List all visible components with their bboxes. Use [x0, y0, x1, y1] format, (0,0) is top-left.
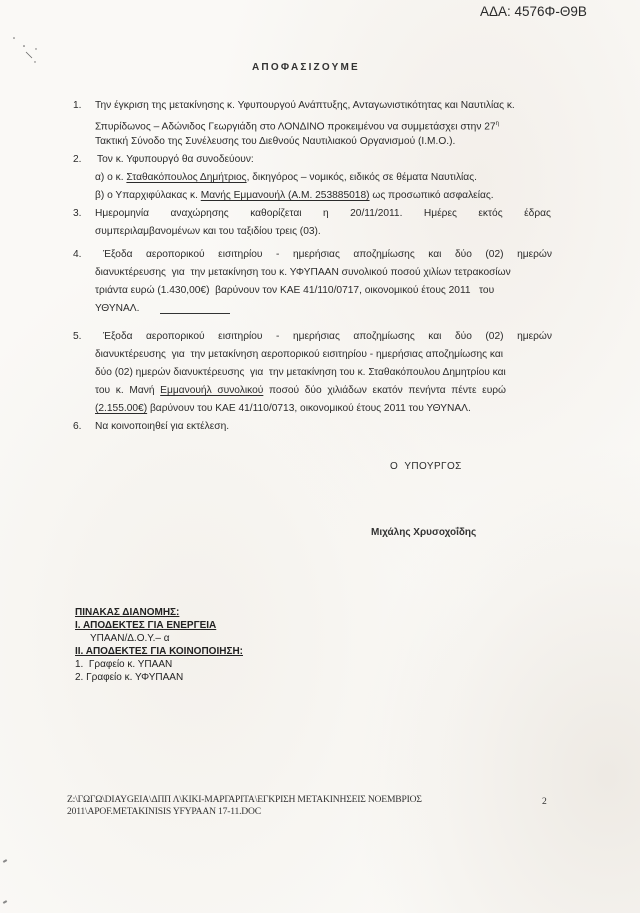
item-1-line-2-text: Σπυρίδωνος – Αδώνιδος Γεωργιάδη στο ΛΟΝΔ… [95, 121, 496, 132]
item-1-line-3: Τακτική Σύνοδο της Συνέλευσης του Διεθνο… [95, 136, 455, 148]
item-5-line-2: διανυκτέρευσης για την μετακίνηση αεροπο… [95, 349, 503, 361]
item-4-number: 4. [73, 249, 82, 260]
item-1-number: 1. [73, 100, 82, 111]
word: εκτός [478, 208, 502, 220]
ordinal-superscript: η [496, 121, 499, 127]
amount-underlined: (2.155.00€) [95, 403, 147, 414]
word: ημερών [517, 331, 552, 343]
word: δύο [455, 331, 472, 343]
item-3-number: 3. [73, 208, 82, 219]
subitem-b-prefix: β) ο Υπαρχιφύλακας κ. [95, 190, 198, 201]
item-4-line-1: Έξοδα αεροπορικού εισιτηρίου - ημερήσιας… [103, 249, 552, 261]
word: ημερών [517, 249, 552, 261]
item-6-line-1: Να κοινοποιηθεί για εκτέλεση. [95, 421, 229, 433]
distribution-title: ΠΙΝΑΚΑΣ ΔΙΑΝΟΜΗΣ: [75, 607, 179, 619]
subitem-b-name: Μανής Εμμανουήλ (Α.Μ. 253885018) [201, 190, 370, 201]
word: αναχώρησης [170, 208, 228, 220]
item-3-line-2: συμπεριλαμβανομένων και του ταξιδίου τρε… [95, 226, 321, 238]
item-5-line-1: Έξοδα αεροπορικού εισιτηρίου - ημερήσιας… [103, 331, 552, 343]
distribution-action-item: ΥΠΑΑΝ/Δ.Ο.Υ.– α [90, 633, 170, 645]
scan-speck-marks [12, 36, 42, 64]
line-4-prefix: του κ. Μανή [95, 385, 155, 396]
item-5-line-5: (2.155.00€) βαρύνουν του ΚΑΕ 41/110/0713… [95, 403, 471, 415]
word: 20/11/2011. [350, 208, 402, 220]
signature-name: Μιχάλης Χρυσοχοΐδης [371, 527, 476, 538]
word: Έξοδα [103, 331, 133, 343]
subitem-b-rest: ως προσωπικό ασφαλείας. [370, 190, 494, 201]
word: καθορίζεται [250, 208, 301, 220]
word: αποζημίωσης [353, 331, 414, 343]
word: αεροπορικού [146, 331, 205, 343]
item-5-line-3: δύο (02) ημερών διανυκτέρευσης για την μ… [95, 367, 506, 379]
subitem-a-name: Σταθακόπουλος Δημήτριος [126, 172, 246, 183]
distribution-notify-header: ΙΙ. ΑΠΟΔΕΚΤΕΣ ΓΙΑ ΚΟΙΝΟΠΟΙΗΣΗ: [75, 646, 243, 658]
item-5-number: 5. [73, 331, 82, 342]
handwritten-dash-mark [160, 313, 230, 314]
signature-role: Ο ΥΠΟΥΡΓΟΣ [390, 461, 462, 472]
item-4-line-4: ΥΘΥΝΑΛ. [95, 303, 139, 315]
subitem-a-prefix: α) ο κ. [95, 172, 124, 183]
line-5-rest: βαρύνουν του ΚΑΕ 41/110/0713, οικονομικο… [147, 403, 471, 414]
word: ημερήσιας [293, 331, 340, 343]
subitem-a-rest: , δικηγόρος – νομικός, ειδικός σε θέματα… [247, 172, 477, 183]
word: αεροπορικού [146, 249, 205, 261]
word: - [276, 331, 279, 343]
item-3-line-1: Ημερομηνία αναχώρησης καθορίζεται η 20/1… [95, 208, 551, 220]
word: ημερήσιας [293, 249, 340, 261]
distribution-action-header: Ι. ΑΠΟΔΕΚΤΕΣ ΓΙΑ ΕΝΕΡΓΕΙΑ [75, 620, 216, 632]
word: Ημερομηνία [95, 208, 149, 220]
item-2-line-1: Τον κ. Υφυπουργό θα συνοδεύουν: [97, 154, 254, 166]
footer-file-path-line-2: 2011\APOF.METAKINISIS YFYPAAN 17-11.DOC [67, 806, 261, 817]
distribution-notify-item-2: 2. Γραφείο κ. ΥΦΥΠΑΑΝ [75, 672, 183, 684]
scanned-document-page: ΑΔΑ: 4576Φ-Θ9Β ΑΠΟΦΑΣΙΖΟΥΜΕ 1. Την έγκρι… [0, 0, 640, 913]
item-2-subitem-b: β) ο Υπαρχιφύλακας κ. Μανής Εμμανουήλ (Α… [95, 190, 494, 202]
word: εισιτηρίου [218, 249, 262, 261]
item-2-subitem-a: α) ο κ. Σταθακόπουλος Δημήτριος, δικηγόρ… [95, 172, 477, 184]
item-1-line-1: Την έγκριση της μετακίνησης κ. Υφυπουργο… [95, 100, 515, 112]
scan-mark [3, 900, 7, 904]
scan-mark [3, 859, 7, 863]
word: δύο [455, 249, 472, 261]
word: αποζημίωσης [353, 249, 414, 261]
word: η [323, 208, 329, 220]
word: - [276, 249, 279, 261]
decision-heading: ΑΠΟΦΑΣΙΖΟΥΜΕ [252, 62, 360, 73]
word: Έξοδα [103, 249, 133, 261]
item-6-number: 6. [73, 421, 82, 432]
page-number: 2 [542, 796, 547, 807]
ada-code: ΑΔΑ: 4576Φ-Θ9Β [480, 4, 587, 19]
word: έδρας [524, 208, 551, 220]
line-4-underlined: Εμμανουήλ συνολικού [160, 385, 263, 396]
item-4-line-2: διανυκτέρευσης για την μετακίνηση του κ.… [95, 267, 511, 279]
line-4-rest: ποσού δύο χιλιάδων εκατόν πενήντα πέντε … [269, 385, 506, 396]
item-5-line-4: του κ. Μανή Εμμανουήλ συνολικού ποσού δύ… [95, 385, 506, 397]
word: Ημέρες [424, 208, 457, 220]
word: εισιτηρίου [218, 331, 262, 343]
item-2-number: 2. [73, 154, 82, 165]
item-1-line-2: Σπυρίδωνος – Αδώνιδος Γεωργιάδη στο ΛΟΝΔ… [95, 118, 499, 133]
distribution-notify-item-1: 1. Γραφείο κ. ΥΠΑΑΝ [75, 659, 172, 671]
footer-file-path-line-1: Z:\ΓΩΓΩ\DIAYGEIA\ΔΠΠ Λ\ΚΙΚΙ-ΜΑΡΓΑΡΙΤΑ\ΕΓ… [67, 794, 422, 805]
word: και [428, 249, 441, 261]
item-4-line-3: τριάντα ευρώ (1.430,00€) βαρύνουν τον ΚΑ… [95, 285, 494, 297]
word: και [428, 331, 441, 343]
word: (02) [485, 331, 503, 343]
word: (02) [485, 249, 503, 261]
